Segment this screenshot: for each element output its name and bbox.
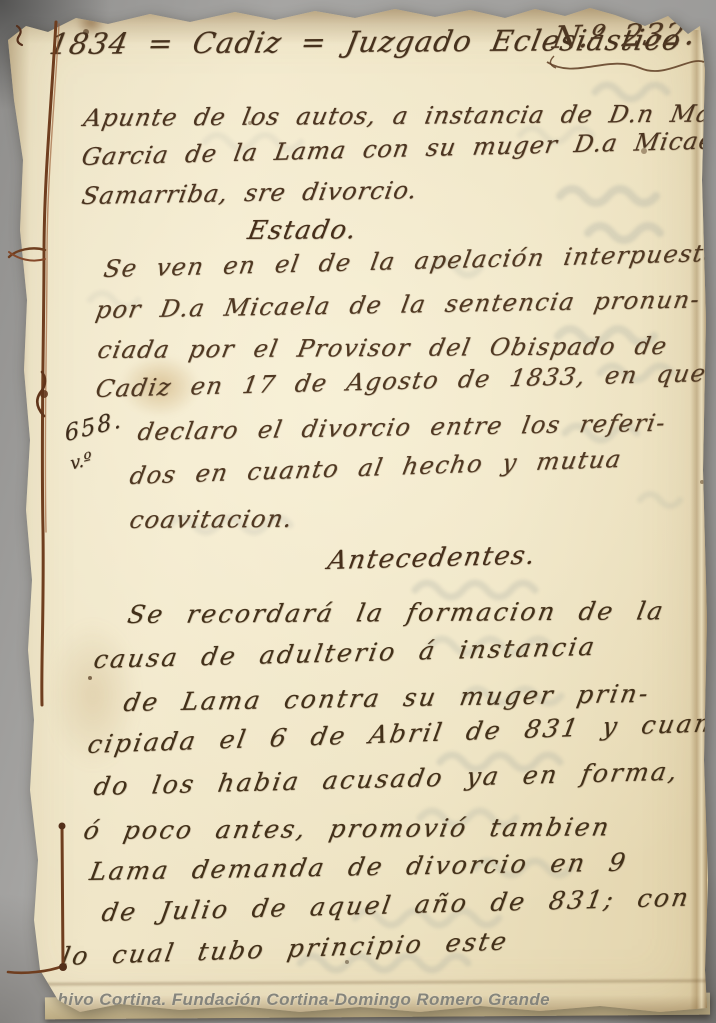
margin-folio-number: 658. — [64, 407, 124, 447]
text-line: Se ven en el de la apelación interpuesta — [102, 239, 716, 283]
case-number: N.º 232. — [550, 16, 699, 56]
left-edge-shading — [0, 0, 30, 1023]
text-line: coavitacion. — [127, 505, 295, 534]
archival-photo-backdrop: 1834 = Cadiz = Juzgado Eclesiástico = N.… — [0, 0, 716, 1023]
manuscript-page: 1834 = Cadiz = Juzgado Eclesiástico = N.… — [0, 0, 716, 1023]
section-heading-estado: Estado. — [245, 215, 360, 246]
text-line: ó poco antes, promovió tambien — [81, 812, 613, 845]
text-line: Cadiz en 17 de Agosto de 1833, en que — [94, 359, 709, 403]
text-line: lo cual tubo principio este — [59, 927, 511, 971]
right-edge-crease — [690, 30, 707, 1013]
text-line: do los habia acusado ya en forma, — [92, 757, 682, 801]
text-line: de Julio de aquel año de 831; con — [100, 883, 693, 927]
text-line: de Lama contra su muger prin- — [121, 679, 652, 717]
fold-crease — [30, 979, 710, 986]
section-heading-antecedentes: Antecedentes. — [325, 541, 538, 576]
text-line: Garcia de la Lama con su muger D.a Micae… — [80, 126, 716, 171]
ink-specks — [88, 676, 92, 680]
text-line: Samarriba, sre divorcio. — [80, 176, 420, 210]
text-line: declaro el divorcio entre los referi- — [136, 409, 669, 446]
text-line: causa de adulterio á instancia — [92, 632, 599, 674]
text-line: Apunte de los autos, a instancia de D.n … — [81, 99, 716, 132]
text-line: dos en cuanto al hecho y mutua — [128, 445, 625, 490]
text-line: Lama demanda de divorcio en 9 — [87, 848, 630, 886]
archive-watermark: Archivo Cortina. Fundación Cortina-Domin… — [28, 990, 550, 1010]
text-line: Se recordará la formacion de la — [125, 596, 667, 629]
margin-folio-verso: v.º — [69, 448, 93, 474]
text-line: por D.a Micaela de la sentencia pronun- — [94, 285, 703, 324]
paper-wrap: 1834 = Cadiz = Juzgado Eclesiástico = N.… — [0, 0, 716, 1023]
text-line: ciada por el Provisor del Obispado de — [95, 332, 670, 364]
